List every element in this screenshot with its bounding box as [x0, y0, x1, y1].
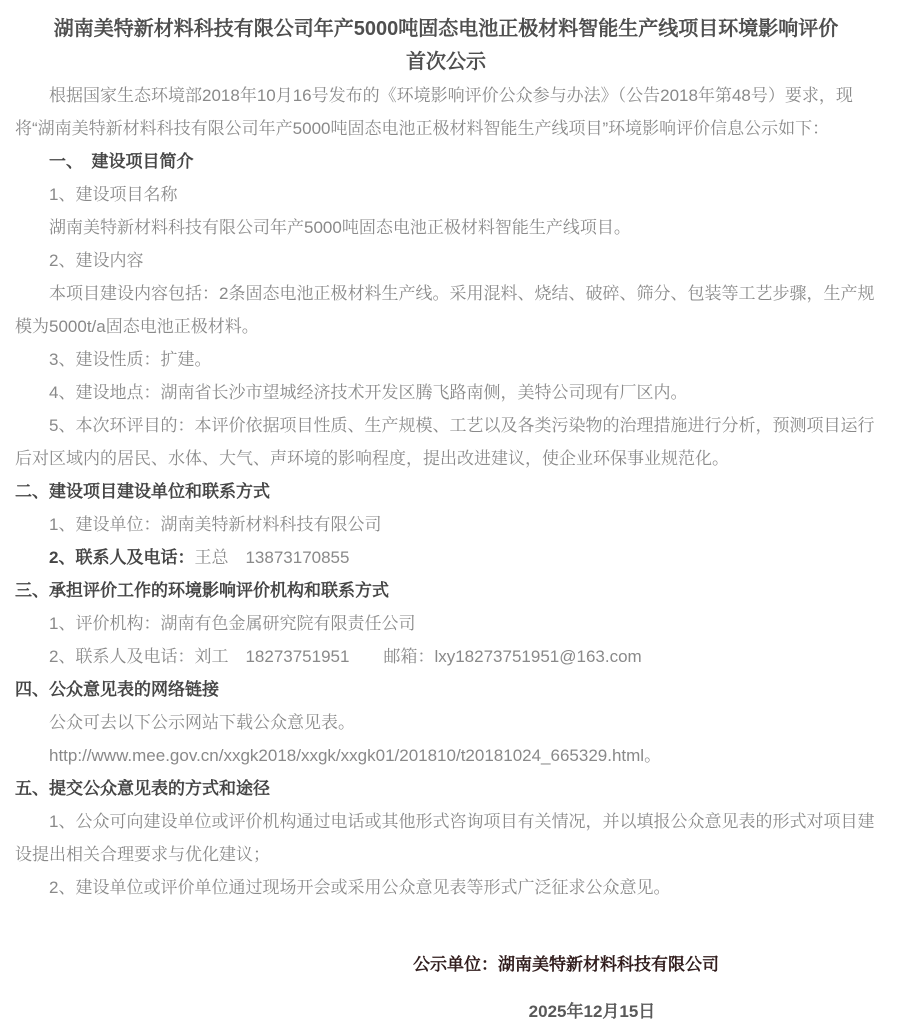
- document-title: 湖南美特新材料科技有限公司年产5000吨固态电池正极材料智能生产线项目环境影响评…: [15, 13, 877, 79]
- notice-document: 湖南美特新材料科技有限公司年产5000吨固态电池正极材料智能生产线项目环境影响评…: [0, 0, 903, 1028]
- section5-heading: 五、提交公众意见表的方式和途径: [15, 772, 877, 805]
- footer: 公示单位：湖南美特新材料科技有限公司 2025年12月15日: [15, 948, 877, 1028]
- section4-body: 公众可去以下公示网站下载公众意见表。: [15, 706, 877, 739]
- publish-date: 2025年12月15日: [15, 995, 877, 1028]
- section5-item2: 2、建设单位或评价单位通过现场开会或采用公众意见表等形式广泛征求公众意见。: [15, 871, 877, 904]
- section1-item2-label: 2、建设内容: [15, 244, 877, 277]
- section3-heading: 三、承担评价工作的环境影响评价机构和联系方式: [15, 574, 877, 607]
- section3-item1: 1、评价机构：湖南有色金属研究院有限责任公司: [15, 607, 877, 640]
- section1-item4: 4、建设地点：湖南省长沙市望城经济技术开发区腾飞路南侧，美特公司现有厂区内。: [15, 376, 877, 409]
- section1-item1-body: 湖南美特新材料科技有限公司年产5000吨固态电池正极材料智能生产线项目。: [15, 211, 877, 244]
- document-title-line1: 湖南美特新材料科技有限公司年产5000吨固态电池正极材料智能生产线项目环境影响评…: [15, 13, 877, 46]
- section4-heading: 四、公众意见表的网络链接: [15, 673, 877, 706]
- publisher-line: 公示单位：湖南美特新材料科技有限公司: [15, 948, 877, 981]
- page: { "document": { "title_line1": "湖南美特新材料科…: [0, 0, 903, 1036]
- section2-contact-value: 王总 13873170855: [194, 548, 349, 567]
- section1-heading: 一、 建设项目简介: [15, 145, 877, 178]
- document-title-line2: 首次公示: [15, 46, 877, 79]
- section1-item1-label: 1、建设项目名称: [15, 178, 877, 211]
- section1-item2-body: 本项目建设内容包括：2条固态电池正极材料生产线。采用混料、烧结、破碎、筛分、包装…: [15, 277, 877, 343]
- section4-url: http://www.mee.gov.cn/xxgk2018/xxgk/xxgk…: [15, 739, 877, 772]
- section2-heading: 二、建设项目建设单位和联系方式: [15, 475, 877, 508]
- section2-item2: 2、联系人及电话：王总 13873170855: [15, 541, 877, 574]
- section3-item2: 2、联系人及电话：刘工 18273751951 邮箱：lxy1827375195…: [15, 640, 877, 673]
- section5-item1: 1、公众可向建设单位或评价机构通过电话或其他形式咨询项目有关情况，并以填报公众意…: [15, 805, 877, 871]
- section2-contact-label: 2、联系人及电话：: [49, 548, 194, 567]
- intro-paragraph: 根据国家生态环境部2018年10月16号发布的《环境影响评价公众参与办法》（公告…: [15, 79, 877, 145]
- section1-item5: 5、本次环评目的：本评价依据项目性质、生产规模、工艺以及各类污染物的治理措施进行…: [15, 409, 877, 475]
- section2-item1: 1、建设单位：湖南美特新材料科技有限公司: [15, 508, 877, 541]
- section1-item3: 3、建设性质：扩建。: [15, 343, 877, 376]
